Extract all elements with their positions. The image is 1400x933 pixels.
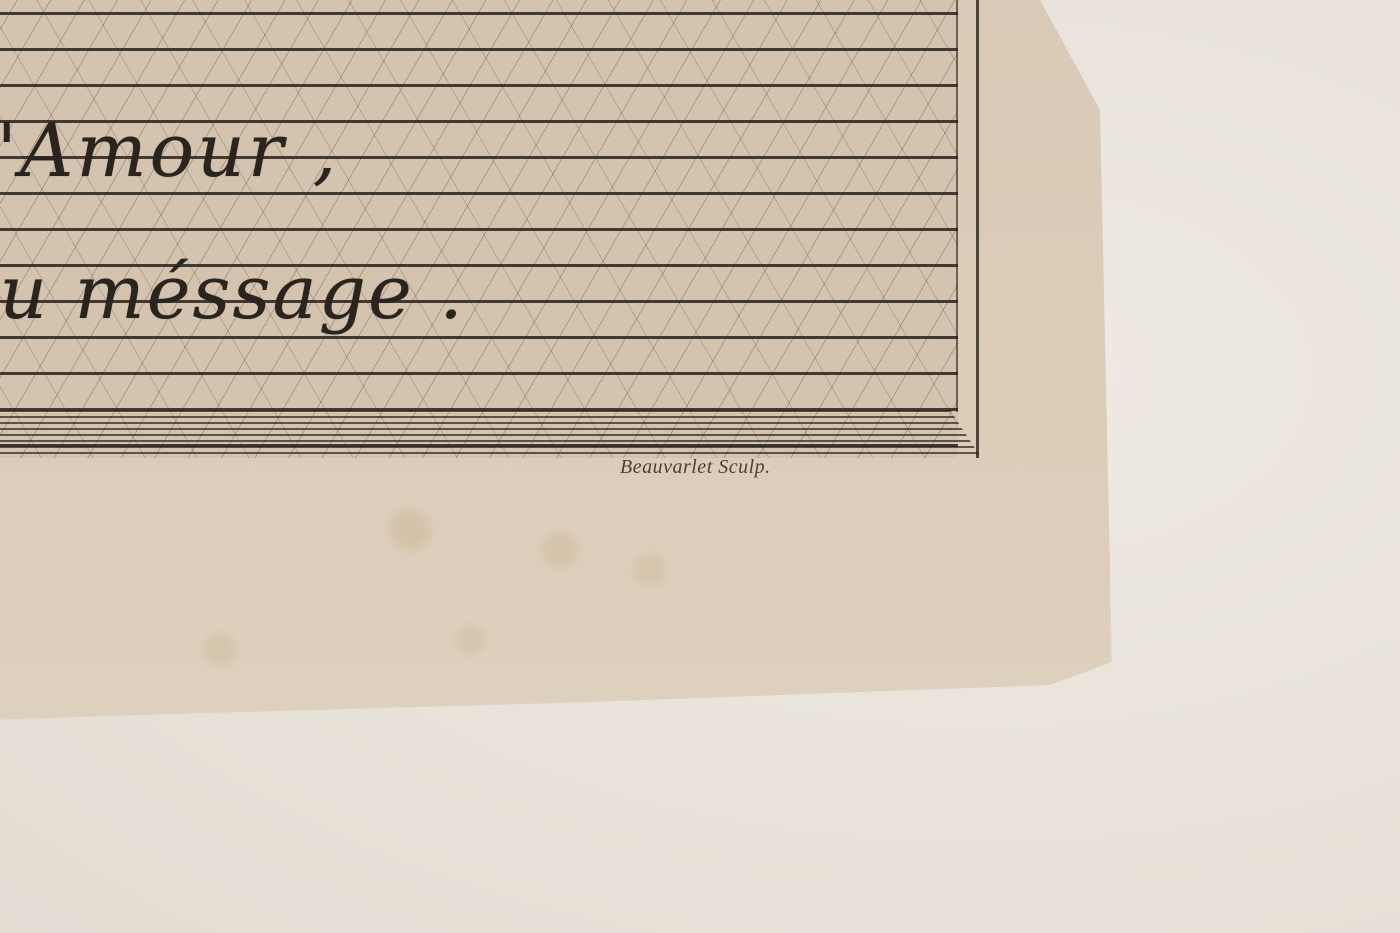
engraver-signature: Beauvarlet Sculp. [620, 456, 771, 479]
inscription-line-2: l'Amour , [0, 108, 339, 194]
cartouche-bevel [0, 410, 980, 456]
engraving-sheet: l'Amour , du méssage . Beauvarlet Sculp. [0, 0, 1110, 720]
hatched-background [0, 0, 958, 458]
inscription-cartouche: l'Amour , du méssage . [0, 0, 988, 458]
cartouche-inner-border [956, 0, 958, 412]
cartouche-outer-border [976, 0, 979, 458]
inscription-line-3: du méssage . [0, 250, 465, 336]
